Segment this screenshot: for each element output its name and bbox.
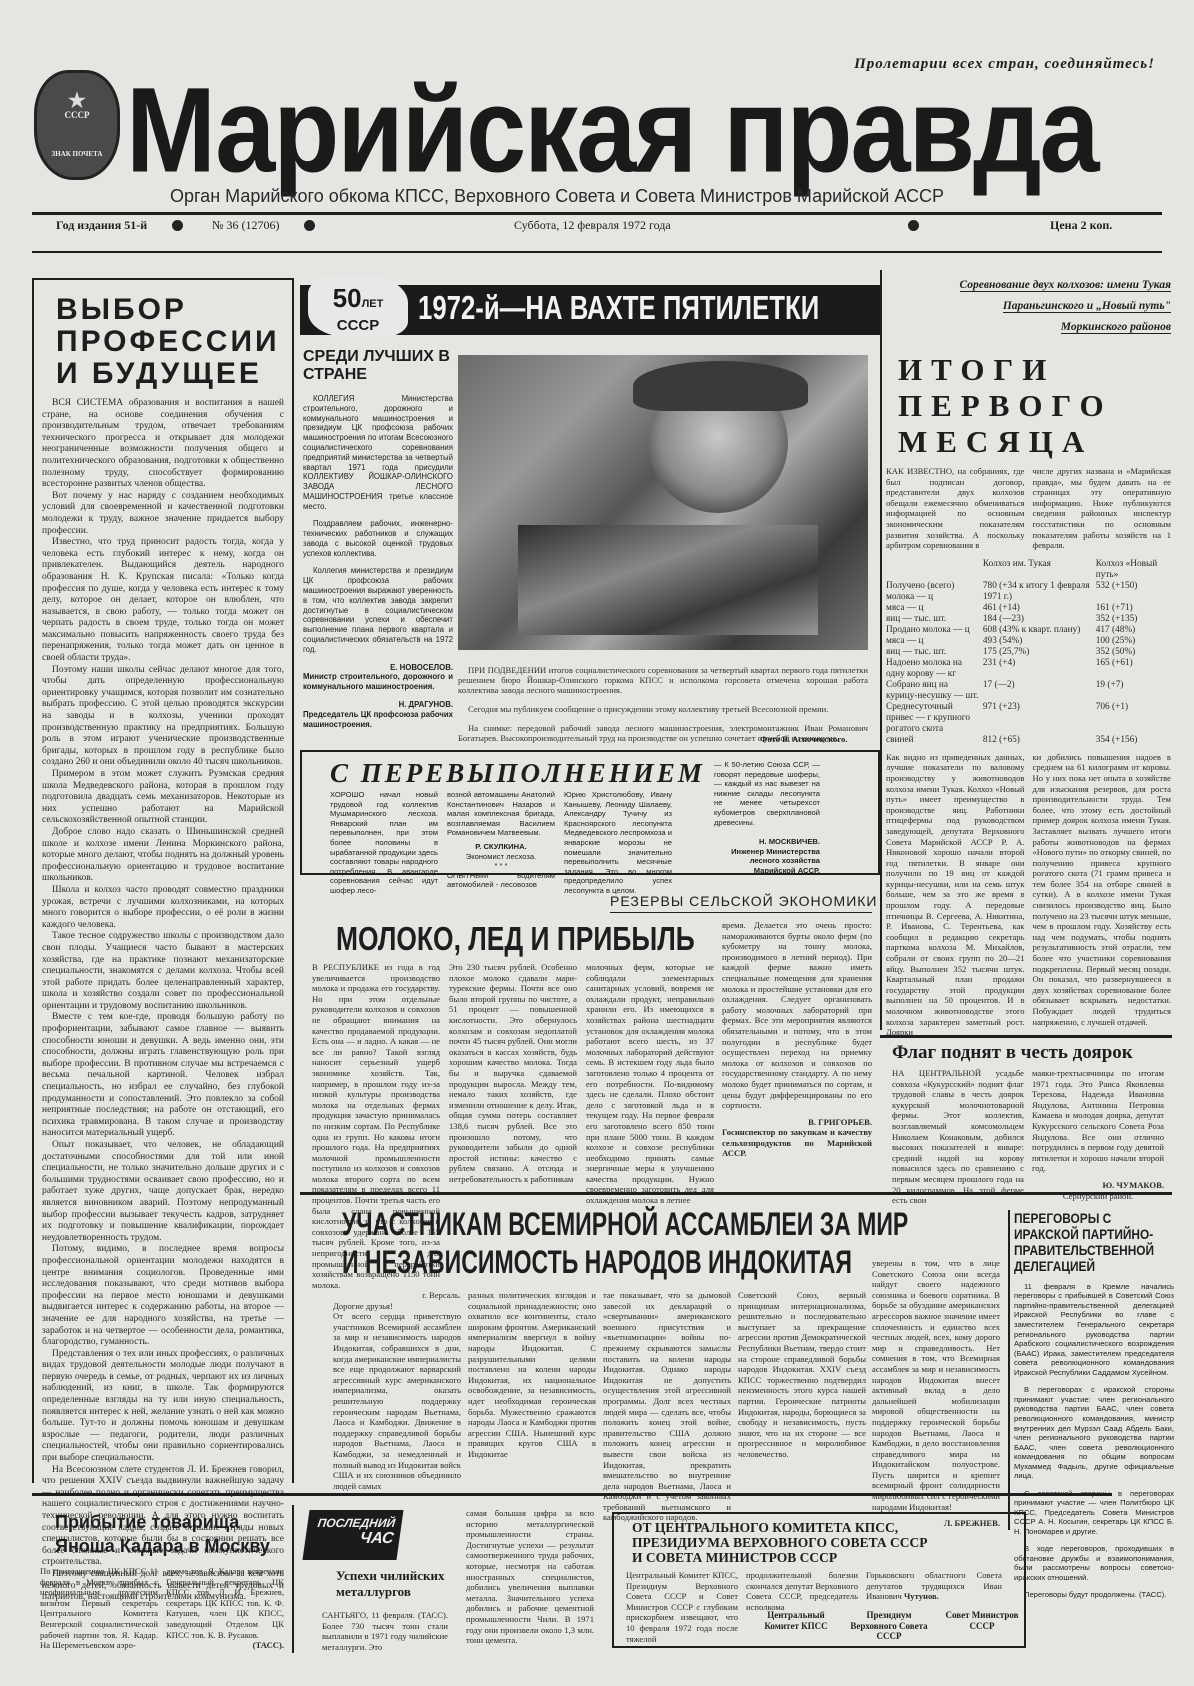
milk-col2: Это 230 тысяч рублей. Особенно плохое мо… — [449, 962, 577, 1184]
paragraph: Опыт показывает, что человек, не обладаю… — [42, 1140, 284, 1244]
table-cell: свиней — [886, 735, 983, 746]
last-hour-badge: ПОСЛЕДНИЙ ЧАС — [302, 1510, 403, 1560]
milk-col4: время. Делается это очень просто: намора… — [722, 920, 872, 1159]
signature-name: Н. ДРАГУНОВ. — [303, 700, 453, 710]
paragraph: Поздравляем рабочих, инженерно-техническ… — [303, 519, 453, 558]
table-cell: 231 (+4) — [983, 658, 1096, 680]
photo-credit: Фото В. Асночевского. — [760, 734, 847, 744]
table-row: свиней812 (+65)354 (+156) — [886, 735, 1171, 746]
worker-photo — [458, 355, 868, 650]
section-rule — [32, 1493, 1112, 1496]
table-cell: мяса — ц — [886, 636, 983, 647]
last-hour-badge-line2: ЧАС — [304, 1530, 401, 1548]
flag-col2: маяки-трехтысячницы по итогам 1971 года.… — [1032, 1068, 1164, 1201]
table-cell: 19 (+7) — [1096, 680, 1171, 702]
overfulfil-signature2-name: Н. МОСКВИЧЕВ. — [714, 837, 820, 847]
table-row: яиц — тыс. шт.184 (—23)352 (+135) — [886, 614, 1171, 625]
emblem-top-text: СССР — [65, 110, 90, 120]
issue-price: Цена 2 коп. — [1050, 218, 1112, 233]
obituary-col3: Горьковского областного Совета депутатов… — [866, 1570, 1002, 1602]
results-kicker: Соревнование двух колхозов: имени ТукаяП… — [886, 275, 1171, 338]
kicker-line: Соревнование двух колхозов: имени Тукая — [960, 279, 1171, 292]
year-of-publication: Год издания 51-й — [56, 218, 147, 233]
flag-signature-name: Ю. ЧУМАКОВ. — [1032, 1180, 1164, 1191]
results-intro-right: числе других названа и «Марийская правда… — [1033, 466, 1172, 551]
table-cell: 100 (25%) — [1096, 636, 1171, 647]
column-rule — [292, 1505, 294, 1653]
table-row: Надоено молока на одну корову — кг231 (+… — [886, 658, 1171, 680]
table-header: Колхоз «Новый путь» — [1096, 559, 1171, 581]
caption-paragraph: ПРИ ПОДВЕДЕНИИ итогов социалистического … — [458, 665, 868, 696]
paragraph: В ходе переговоров, проходивших в обстан… — [1014, 1544, 1174, 1582]
paragraph: Поэтому наши школы сейчас делают многое … — [42, 665, 284, 769]
five-year-plan-banner: 50ЛЕТ СССР 1972-й—НА ВАХТЕ ПЯТИЛЕТКИ — [300, 285, 880, 335]
chile-col2: самая большая цифра за всю историю метал… — [466, 1508, 594, 1646]
table-row: Продано молока — ц608 (43% к кварт. план… — [886, 625, 1171, 636]
table-row: Собрано яиц на курицу-несушку — шт.17 (—… — [886, 680, 1171, 702]
table-cell: Получено (всего) молока — ц — [886, 581, 983, 603]
last-hour-badge-line1: ПОСЛЕДНИЙ — [307, 1510, 404, 1530]
table-cell: 352 (+135) — [1096, 614, 1171, 625]
header-bottom-rule — [32, 251, 1162, 253]
table-cell: мяса — ц — [886, 603, 983, 614]
table-cell: 184 (—23) — [983, 614, 1096, 625]
bullet-icon — [908, 220, 919, 231]
assembly-col5-text: уверены в том, что в лице Советского Сою… — [872, 1258, 1000, 1512]
article-profession-body: ВСЯ СИСТЕМА образования и воспитания в н… — [34, 390, 292, 1604]
badge-country: СССР — [308, 319, 408, 333]
issue-date: Суббота, 12 февраля 1972 года — [514, 218, 671, 233]
signatory: Центральный Комитет КПСС — [754, 1610, 838, 1642]
iraq-body: 11 февраля в Кремле начались переговоры … — [1014, 1282, 1174, 1600]
milk-kicker: РЕЗЕРВЫ СЕЛЬСКОЙ ЭКОНОМИКИ — [610, 893, 877, 909]
electrical-panel — [518, 525, 818, 635]
table-cell: 352 (50%) — [1096, 647, 1171, 658]
column-rule — [1008, 1210, 1010, 1530]
kadar-title-line2: Яноша Кадара в Москву — [55, 1534, 270, 1558]
paragraph: Доброе слово надо сказать о Шиньшинской … — [42, 827, 284, 885]
table-cell: Собрано яиц на курицу-несушку — шт. — [886, 680, 983, 702]
article-best-in-country: СРЕДИ ЛУЧШИХ В СТРАНЕ КОЛЛЕГИЯ Министерс… — [303, 348, 453, 729]
table-cell: 17 (—2) — [983, 680, 1096, 702]
results-body-left: Как видно из приведенных данных, лучшие … — [886, 752, 1025, 1038]
overfulfil-signature2-role: Инженер Министерства лесного хозяйства М… — [714, 847, 820, 876]
table-row: Получено (всего) молока — ц780 (+34 к ит… — [886, 581, 1171, 603]
table-cell: 706 (+1) — [1096, 702, 1171, 735]
flag-title: Флаг поднят в честь доярок — [892, 1042, 1133, 1064]
results-stats-table: Колхоз им. ТукаяКолхоз «Новый путь»Получ… — [886, 559, 1171, 746]
table-row: яиц — тыс. шт.175 (25,7%)352 (50%) — [886, 647, 1171, 658]
table-cell: 175 (25,7%) — [983, 647, 1096, 658]
masthead-subtitle: Орган Марийского обкома КПСС, Верховного… — [170, 186, 1160, 207]
assembly-title-line1: УЧАСТНИКАМ ВСЕМИРНОЙ АССАМБЛЕИ ЗА МИР — [342, 1205, 908, 1243]
paragraph: Школа и колхоз часто проводят совместно … — [42, 885, 284, 931]
table-cell: 493 (54%) — [983, 636, 1096, 647]
column-rule — [880, 270, 882, 1030]
assembly-col1-text: От всего сердца приветствую участников В… — [333, 1311, 461, 1491]
kadar-col2-text: дроме тов. Я. Кадара встречали Генеральн… — [166, 1566, 284, 1640]
paragraph: Представления о тех или иных профессиях,… — [42, 1349, 284, 1465]
table-row: мяса — ц493 (54%)100 (25%) — [886, 636, 1171, 647]
signature-role: Министр строительного, дорожного и комму… — [303, 672, 453, 692]
table-cell: Среднесуточный привес — г крупного рогат… — [886, 702, 983, 735]
overfulfil-col2-text: возной автомашины Анатолий Константинови… — [447, 790, 555, 838]
milk-col4-text: время. Делается это очень просто: намора… — [722, 920, 872, 1111]
paragraph: КОЛЛЕГИЯ Министерства строительного, дор… — [303, 394, 453, 512]
assembly-title-line2: И НЕЗАВИСИМОСТЬ НАРОДОВ ИНДОКИТАЯ — [342, 1243, 908, 1281]
milk-col3: молочных ферм, которые не соблюдали элем… — [586, 962, 714, 1206]
chile-col1: САНТЬЯГО, 11 февраля. (ТАСС). Более 730 … — [322, 1610, 448, 1652]
paragraph: Известно, что труд приносит радость тогд… — [42, 537, 284, 665]
issue-number: № 36 (12706) — [212, 218, 279, 233]
overfulfil-col4: — К 50-летию Союза ССР, — говорят передо… — [714, 760, 820, 876]
table-cell: 161 (+71) — [1096, 603, 1171, 614]
order-badge-of-honor-icon: ★ СССР ЗНАК ПОЧЕТА — [34, 70, 120, 180]
caption-paragraph: Сегодня мы публикуем сообщение о присужд… — [458, 704, 868, 714]
paragraph: ВСЯ СИСТЕМА образования и воспитания в н… — [42, 398, 284, 491]
paragraph: Вот почему у нас наряду с созданием необ… — [42, 491, 284, 537]
obituary-deceased-name: Чутунов. — [904, 1591, 939, 1601]
assembly-col4: Советский Союз, верный принципам интерна… — [738, 1290, 866, 1460]
table-cell: яиц — тыс. шт. — [886, 614, 983, 625]
table-cell: Надоено молока на одну корову — кг — [886, 658, 983, 680]
banner-title: 1972-й—НА ВАХТЕ ПЯТИЛЕТКИ — [418, 289, 819, 327]
article-iraq-talks: ПЕРЕГОВОРЫ С ИРАКСКОЙ ПАРТИЙНО-ПРАВИТЕЛЬ… — [1014, 1210, 1174, 1607]
table-cell: 354 (+156) — [1096, 735, 1171, 746]
table-row: Среднесуточный привес — г крупного рогат… — [886, 702, 1171, 735]
paragraph: Потому, видимо, в последнее время вопрос… — [42, 1244, 284, 1348]
results-body-right: ки добились повышения надоев в среднем н… — [1033, 752, 1172, 1038]
obituary-title-line1: ОТ ЦЕНТРАЛЬНОГО КОМИТЕТА КПСС, — [632, 1520, 1024, 1535]
results-intro-left: КАК ИЗВЕСТНО, на собраниях, где был подп… — [886, 466, 1025, 551]
ussr-50-years-badge: 50ЛЕТ СССР — [308, 275, 408, 337]
assembly-col5: уверены в том, что в лице Советского Сою… — [872, 1258, 1000, 1529]
article-overfulfilment-title: С ПЕРЕВЫПОЛНЕНИЕМ — [330, 758, 705, 789]
paragraph: Вместе с тем кое-где, проводя большую ра… — [42, 1012, 284, 1140]
paragraph: Коллегия министерства и президиум ЦК про… — [303, 566, 453, 654]
flag-col1: НА ЦЕНТРАЛЬНОЙ усадьбе совхоза «Кукурсск… — [892, 1068, 1024, 1206]
table-cell: 780 (+34 к итогу 1 февраля 1971 г.) — [983, 581, 1096, 603]
signatory: Президиум Верховного Совета СССР — [847, 1610, 931, 1642]
overfulfil-col2b-text: ОПЫТНЫМ водителям автомобилей - лесовозо… — [447, 871, 555, 890]
obituary-signatories: Центральный Комитет КПССПрезидиум Верхов… — [754, 1610, 1024, 1642]
badge-suffix: ЛЕТ — [362, 298, 384, 310]
table-cell: 532 (+150) — [1096, 581, 1171, 603]
milk-signature-name: В. ГРИГОРЬЕВ. — [722, 1117, 872, 1128]
paragraph: Переговоры будут продолжены. (ТАСС). — [1014, 1590, 1174, 1600]
emblem-bottom-text: ЗНАК ПОЧЕТА — [52, 150, 103, 158]
article-profession: ВЫБОР ПРОФЕССИИ И БУДУЩЕЕ ВСЯ СИСТЕМА об… — [32, 278, 294, 1483]
table-cell: Продано молока — ц — [886, 625, 983, 636]
obituary-col1: Центральный Комитет КПСС, Президиум Верх… — [626, 1570, 738, 1644]
paragraph: 11 февраля в Кремле начались переговоры … — [1014, 1282, 1174, 1378]
article-best-body: КОЛЛЕГИЯ Министерства строительного, дор… — [303, 394, 453, 729]
overfulfil-signature-role: Экономист лесхоза. — [447, 852, 555, 862]
badge-number: 50 — [333, 283, 362, 313]
table-cell: 461 (+14) — [983, 603, 1096, 614]
paragraph: В переговорах с иракской стороны принима… — [1014, 1385, 1174, 1481]
table-header — [886, 559, 983, 581]
paragraph: Такое тесное содружество школы с произво… — [42, 931, 284, 1012]
kadar-col1: По приглашению ЦК КПСС 11 февраля в Моск… — [40, 1566, 158, 1651]
overfulfil-col2: возной автомашины Анатолий Константинови… — [447, 790, 555, 890]
assembly-title: УЧАСТНИКАМ ВСЕМИРНОЙ АССАМБЛЕИ ЗА МИР И … — [342, 1205, 908, 1281]
paragraph: Примером в этом может служить Руэмская с… — [42, 769, 284, 827]
star-icon: ★ — [68, 92, 86, 110]
article-best-title: СРЕДИ ЛУЧШИХ В СТРАНЕ — [303, 348, 453, 384]
kadar-col2: дроме тов. Я. Кадара встречали Генеральн… — [166, 1566, 284, 1651]
article-overfulfilment: С ПЕРЕВЫПОЛНЕНИЕМ ХОРОШО начал новый тру… — [300, 750, 880, 875]
kadar-title-line1: Прибытие товарища — [55, 1510, 270, 1534]
kicker-line: Моркинского районов — [1061, 321, 1171, 334]
table-cell: 971 (+23) — [983, 702, 1096, 735]
masthead-title: Марийская правда — [126, 74, 1186, 186]
chile-title: Успехи чилийских металлургов — [336, 1568, 446, 1600]
flag-col2-text: маяки-трехтысячницы по итогам 1971 года.… — [1032, 1068, 1164, 1174]
milk-signature-role: Госинспектор по закупкам и качеству сель… — [722, 1127, 872, 1159]
obituary-title: ОТ ЦЕНТРАЛЬНОГО КОМИТЕТА КПСС, ПРЕЗИДИУМ… — [614, 1514, 1024, 1565]
kadar-title: Прибытие товарища Яноша Кадара в Москву — [55, 1510, 270, 1558]
bullet-icon — [172, 220, 183, 231]
overfulfil-col3: Юрию Христолюбову, Ивану Канышеву, Леони… — [564, 790, 672, 896]
table-header: Колхоз им. Тукая — [983, 559, 1096, 581]
masthead-rule — [32, 212, 1162, 215]
article-obituary: ОТ ЦЕНТРАЛЬНОГО КОМИТЕТА КПСС, ПРЕЗИДИУМ… — [612, 1512, 1026, 1648]
assembly-greeting: Дорогие друзья! — [333, 1301, 461, 1312]
table-cell: яиц — тыс. шт. — [886, 647, 983, 658]
obituary-col2: продолжительной болезни скончался депута… — [746, 1570, 858, 1612]
kicker-underline — [610, 912, 872, 913]
article-profession-title: ВЫБОР ПРОФЕССИИ И БУДУЩЕЕ — [34, 280, 292, 390]
newspaper-page: ★ СССР ЗНАК ПОЧЕТА Пролетарии всех стран… — [0, 0, 1194, 1686]
assembly-dateline: г. Версаль. — [333, 1290, 461, 1301]
table-cell: 812 (+65) — [983, 735, 1096, 746]
article-results: Соревнование двух колхозов: имени ТукаяП… — [886, 275, 1171, 1038]
overfulfil-col4-text: — К 50-летию Союза ССР, — говорят передо… — [714, 760, 820, 827]
table-cell: 608 (43% к кварт. плану) — [983, 625, 1096, 636]
signature-role: Председатель ЦК профсоюза рабочих машино… — [303, 710, 453, 730]
section-rule — [300, 1192, 1172, 1195]
table-cell: 417 (48%) — [1096, 625, 1171, 636]
table-cell: 165 (+61) — [1096, 658, 1171, 680]
obituary-title-line3: И СОВЕТА МИНИСТРОВ СССР — [632, 1550, 1024, 1565]
assembly-col2: разных политических взглядов и социально… — [468, 1290, 596, 1460]
overfulfil-signature-name: Р. СКУЛКИНА. — [447, 842, 555, 852]
assembly-col3: тае показывает, что за дымовой завесой и… — [603, 1290, 731, 1523]
table-row: мяса — ц461 (+14)161 (+71) — [886, 603, 1171, 614]
obituary-title-line2: ПРЕЗИДИУМА ВЕРХОВНОГО СОВЕТА СССР — [632, 1535, 1024, 1550]
article-results-title: ИТОГИ ПЕРВОГО МЕСЯЦА — [898, 352, 1171, 460]
bullet-icon — [304, 220, 315, 231]
iraq-title: ПЕРЕГОВОРЫ С ИРАКСКОЙ ПАРТИЙНО-ПРАВИТЕЛЬ… — [1014, 1210, 1176, 1274]
signatory: Совет Министров СССР — [940, 1610, 1024, 1642]
assembly-col1: г. Версаль. Дорогие друзья! От всего сер… — [333, 1290, 461, 1491]
section-rule — [880, 1035, 1172, 1038]
kicker-line: Параньгинского и „Новый путь" — [1003, 300, 1171, 313]
signature-name: Е. НОВОСЕЛОВ. — [303, 663, 453, 673]
worker-cap — [633, 361, 808, 411]
kadar-source: (ТАСС). — [166, 1640, 284, 1651]
milk-title: МОЛОКО, ЛЕД И ПРИБЫЛЬ — [336, 920, 695, 958]
overfulfil-col1: ХОРОШО начал новый трудовой год коллекти… — [330, 790, 438, 896]
